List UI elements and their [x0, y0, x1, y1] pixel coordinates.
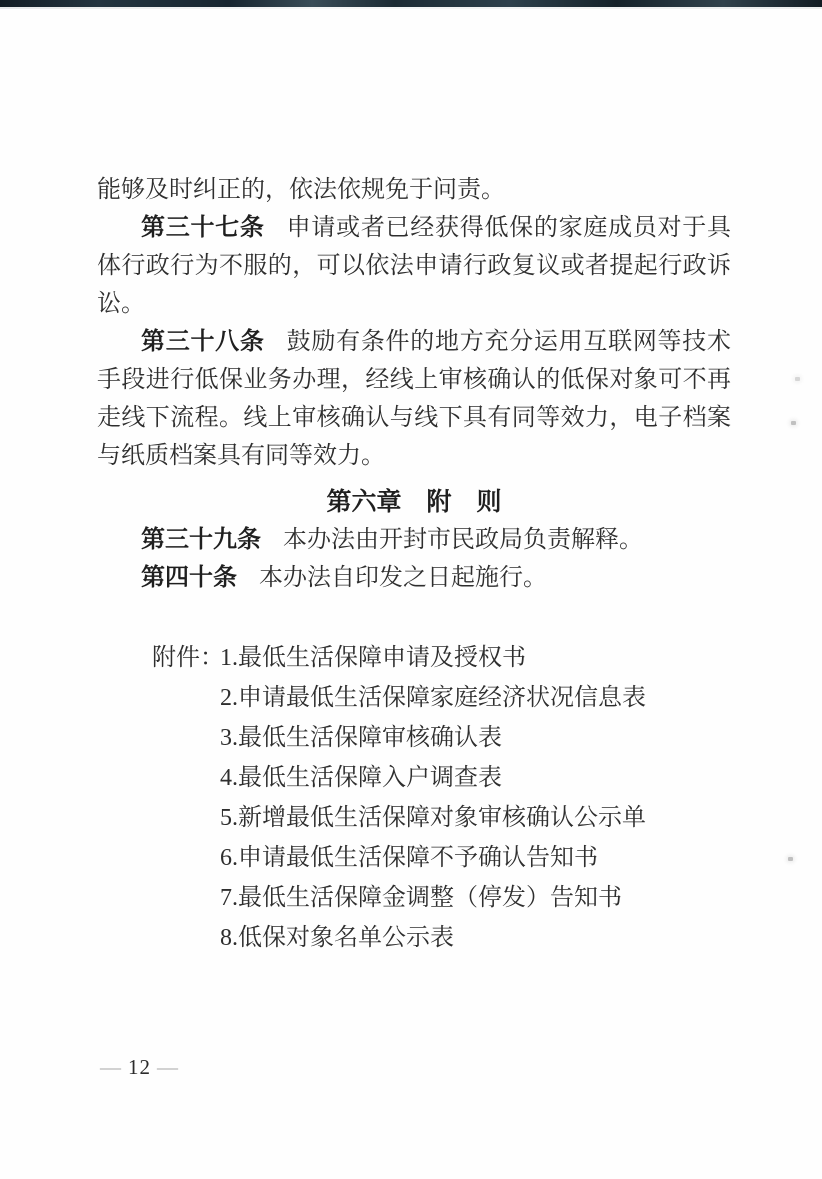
scan-speck [795, 377, 800, 381]
page-number-value: 12 [122, 1055, 157, 1079]
attachment-item-8: 8.低保对象名单公示表 [220, 918, 731, 958]
attachment-item-3: 3.最低生活保障审核确认表 [220, 718, 731, 758]
paragraph-continuation: 能够及时纠正的，依法依规免于问责。 [97, 171, 731, 209]
scan-speck [791, 421, 796, 425]
scan-edge-band [0, 0, 822, 7]
attachment-item-4: 4.最低生活保障入户调查表 [220, 758, 731, 798]
scan-speck [788, 857, 793, 861]
chapter-heading: 第六章 附 则 [97, 483, 731, 521]
article-37-label: 第三十七条 [141, 214, 265, 241]
article-38-label: 第三十八条 [141, 328, 265, 355]
article-39-label: 第三十九条 [141, 526, 261, 553]
scan-edge-highlight [0, 7, 822, 9]
paragraph-text: 能够及时纠正的，依法依规免于问责。 [97, 177, 505, 203]
article-39-text: 本办法由开封市民政局负责解释。 [283, 527, 643, 553]
attachments-list: 附件： 1.最低生活保障申请及授权书 2.申请最低生活保障家庭经济状况信息表 3… [97, 638, 731, 958]
document-body: 能够及时纠正的，依法依规免于问责。 第三十七条申请或者已经获得低保的家庭成员对于… [97, 171, 731, 958]
attachment-item-7: 7.最低生活保障金调整（停发）告知书 [220, 878, 731, 918]
article-37: 第三十七条申请或者已经获得低保的家庭成员对于具体行政行为不服的，可以依法申请行政… [97, 209, 731, 323]
article-40: 第四十条本办法自印发之日起施行。 [97, 559, 731, 597]
article-39: 第三十九条本办法由开封市民政局负责解释。 [97, 521, 731, 559]
page-number: —12— [100, 1055, 179, 1080]
attachment-item-5: 5.新增最低生活保障对象审核确认公示单 [220, 798, 731, 838]
attachment-item-2: 2.申请最低生活保障家庭经济状况信息表 [220, 678, 731, 718]
page-number-left-dash: — [100, 1055, 122, 1079]
page-number-right-dash: — [157, 1055, 179, 1079]
attachment-item-6: 6.申请最低生活保障不予确认告知书 [220, 838, 731, 878]
article-38: 第三十八条鼓励有条件的地方充分运用互联网等技术手段进行低保业务办理，经线上审核确… [97, 323, 731, 475]
article-40-text: 本办法自印发之日起施行。 [259, 565, 547, 591]
attachment-item-1: 1.最低生活保障申请及授权书 [220, 638, 731, 678]
attachments-label: 附件： [152, 638, 224, 678]
article-40-label: 第四十条 [141, 564, 237, 591]
document-page: 能够及时纠正的，依法依规免于问责。 第三十七条申请或者已经获得低保的家庭成员对于… [0, 0, 822, 1179]
